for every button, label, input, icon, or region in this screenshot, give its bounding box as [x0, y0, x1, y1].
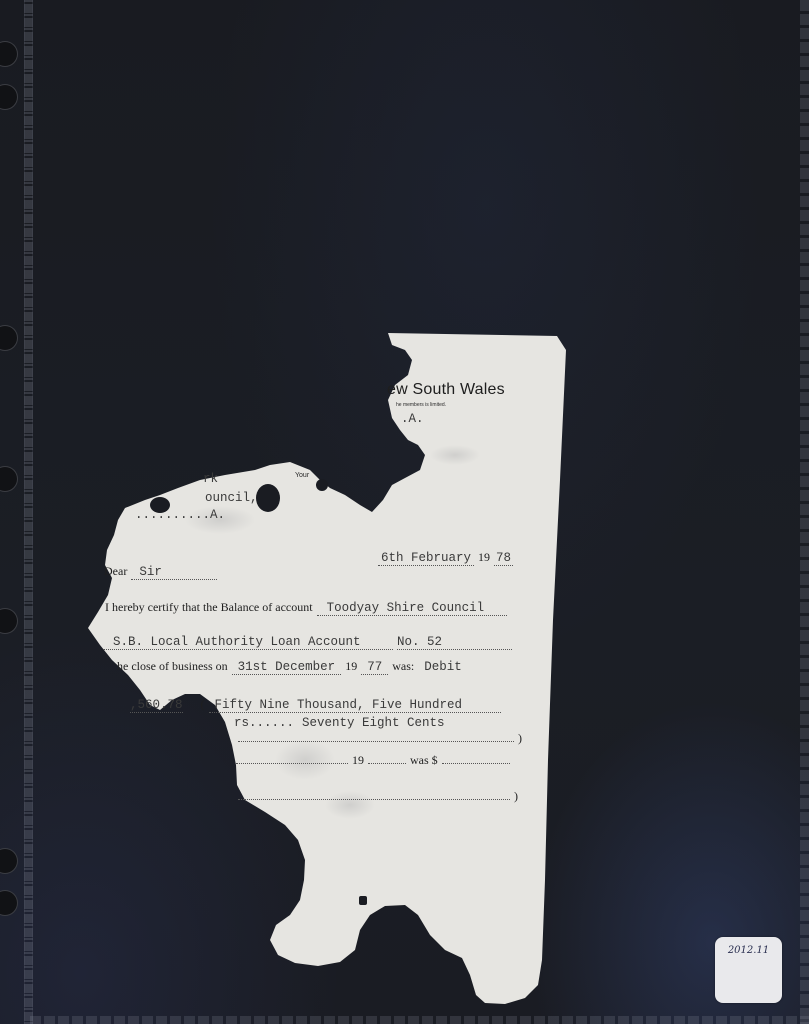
address-line-3: ..........A. — [135, 508, 225, 522]
burnt-document-fragment — [0, 0, 809, 1024]
address-line-2: ouncil, — [205, 491, 258, 505]
archive-number: 2012.11 — [715, 945, 782, 956]
amount-close-line: ) — [238, 729, 522, 747]
amount-words-fragment: rs...... — [234, 716, 294, 730]
header-subtext: he members is limited. — [396, 402, 446, 408]
dotted-fill — [236, 753, 348, 764]
close-paren-2: ) — [514, 789, 518, 803]
blank-balance-line: 19 was $ — [236, 751, 510, 769]
close-of-business-line: he close of business on 31st December 19… — [117, 657, 462, 675]
header-org-name: ew South Wales — [387, 381, 505, 399]
close-paren-1: ) — [518, 731, 522, 745]
balance-type: Debit — [424, 660, 462, 674]
open-paren: ( — [201, 697, 205, 711]
archive-label: 2012.11 — [715, 937, 782, 1003]
letter-date: 6th February 19 78 — [378, 548, 513, 566]
blank-century: 19 — [352, 753, 364, 767]
dotted-fill — [238, 789, 510, 800]
amount-cents: Seventy Eight Cents — [302, 716, 445, 730]
blank-was-label: was $ — [410, 753, 438, 767]
salutation-label: Dear — [104, 564, 127, 578]
date-century: 19 — [478, 550, 490, 564]
salutation-value: Sir — [131, 565, 217, 580]
certify-line: I hereby certify that the Balance of acc… — [105, 598, 507, 616]
date-day-month: 6th February — [378, 551, 474, 566]
certify-label: I hereby certify that the Balance of acc… — [105, 600, 313, 614]
amount-figure: ,560.78 — [130, 698, 183, 713]
close-date: 31st December — [232, 660, 342, 675]
blank-words-line: ) — [238, 787, 518, 805]
close-century: 19 — [345, 659, 357, 673]
account-line: S.B. Local Authority Loan Account No. 52 — [103, 632, 512, 650]
date-year: 78 — [494, 551, 513, 566]
dotted-fill — [442, 753, 510, 764]
amount-words-line-1: Fifty Nine Thousand, Five Hundred — [209, 698, 501, 713]
was-label: was: — [392, 659, 414, 673]
dotted-fill — [238, 731, 514, 742]
header-initials: .A. — [401, 412, 424, 426]
account-name: Toodyay Shire Council — [317, 601, 507, 616]
amount-line: ,560.78 ( Fifty Nine Thousand, Five Hund… — [130, 695, 501, 713]
your-reference-label: Your — [295, 472, 309, 479]
account-type: S.B. Local Authority Loan Account — [103, 635, 393, 650]
account-number: No. 52 — [397, 635, 512, 650]
address-line-1: rk — [203, 472, 218, 486]
close-label: he close of business on — [117, 659, 228, 673]
close-year: 77 — [361, 660, 388, 675]
dotted-fill — [368, 753, 406, 764]
salutation: Dear Sir — [104, 562, 217, 580]
